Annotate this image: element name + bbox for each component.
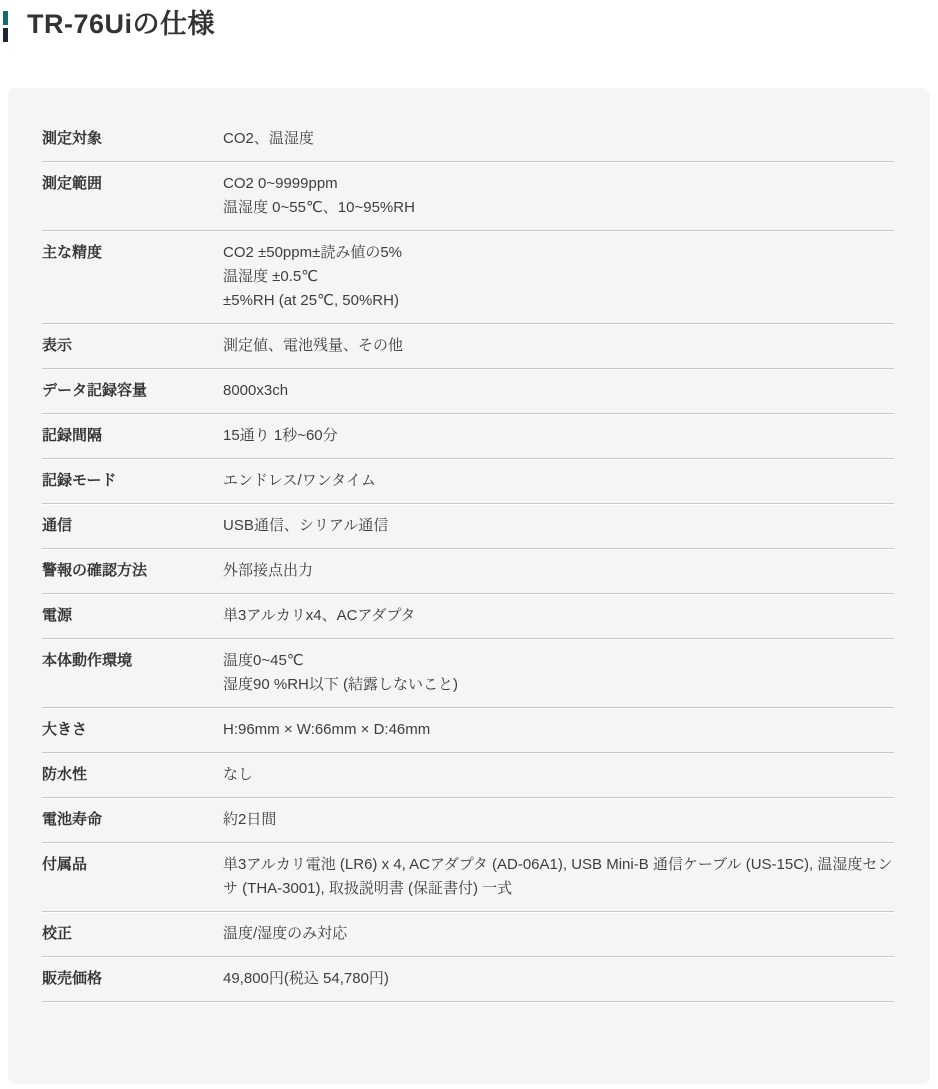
spec-value-line: 単3アルカリ電池 (LR6) x 4, ACアダプタ (AD-06A1), US… [223,853,894,901]
spec-value-line: 外部接点出力 [223,559,894,583]
spec-row: 電源単3アルカリx4、ACアダプタ [42,594,894,639]
spec-value-line: 温度0~45℃ [223,649,894,673]
spec-value-line: なし [223,763,894,787]
spec-value-line: 湿度90 %RH以下 (結露しないこと) [223,673,894,697]
spec-row: 表示測定値、電池残量、その他 [42,324,894,369]
spec-row-label: 販売価格 [42,967,223,991]
spec-row-label: 記録モード [42,469,223,493]
spec-value-line: CO2 0~9999ppm [223,172,894,196]
spec-row: 主な精度CO2 ±50ppm±読み値の5%温湿度 ±0.5℃±5%RH (at … [42,231,894,324]
spec-row: 警報の確認方法外部接点出力 [42,549,894,594]
spec-value-line: USB通信、シリアル通信 [223,514,894,538]
spec-row-label: 通信 [42,514,223,538]
spec-row: 付属品単3アルカリ電池 (LR6) x 4, ACアダプタ (AD-06A1),… [42,843,894,912]
spec-row-label: 主な精度 [42,241,223,265]
spec-row-value: 温度0~45℃湿度90 %RH以下 (結露しないこと) [223,649,894,697]
spec-row-value: 8000x3ch [223,379,894,403]
spec-row: 記録モードエンドレス/ワンタイム [42,459,894,504]
spec-row-value: 温度/湿度のみ対応 [223,922,894,946]
page-header: TR-76Uiの仕様 [3,7,938,44]
spec-row-label: 電池寿命 [42,808,223,832]
spec-value-line: エンドレス/ワンタイム [223,469,894,493]
spec-row-value: CO2、温湿度 [223,127,894,151]
spec-row: 測定対象CO2、温湿度 [42,117,894,162]
spec-row-value: CO2 ±50ppm±読み値の5%温湿度 ±0.5℃±5%RH (at 25℃,… [223,241,894,313]
spec-value-line: CO2、温湿度 [223,127,894,151]
spec-row-label: 本体動作環境 [42,649,223,673]
spec-value-line: 温湿度 ±0.5℃ [223,265,894,289]
spec-value-line: 測定値、電池残量、その他 [223,334,894,358]
spec-value-line: CO2 ±50ppm±読み値の5% [223,241,894,265]
spec-row-value: USB通信、シリアル通信 [223,514,894,538]
spec-row-value: 外部接点出力 [223,559,894,583]
spec-row-label: 警報の確認方法 [42,559,223,583]
spec-row-value: エンドレス/ワンタイム [223,469,894,493]
spec-row-label: 電源 [42,604,223,628]
page: TR-76Uiの仕様 測定対象CO2、温湿度測定範囲CO2 0~9999ppm温… [0,0,938,1089]
title-accent-bar [3,11,8,42]
spec-row-value: 単3アルカリ電池 (LR6) x 4, ACアダプタ (AD-06A1), US… [223,853,894,901]
spec-row-label: 付属品 [42,853,223,877]
spec-value-line: H:96mm × W:66mm × D:46mm [223,718,894,742]
spec-row-value: 約2日間 [223,808,894,832]
spec-row-value: 15通り 1秒~60分 [223,424,894,448]
spec-value-line: 49,800円(税込 54,780円) [223,967,894,991]
spec-row: 測定範囲CO2 0~9999ppm温湿度 0~55℃、10~95%RH [42,162,894,231]
spec-row-label: 測定範囲 [42,172,223,196]
title-accent-top-segment [3,11,8,25]
spec-row-value: なし [223,763,894,787]
spec-row-value: 49,800円(税込 54,780円) [223,967,894,991]
spec-row-label: 表示 [42,334,223,358]
spec-value-line: 15通り 1秒~60分 [223,424,894,448]
spec-table: 測定対象CO2、温湿度測定範囲CO2 0~9999ppm温湿度 0~55℃、10… [42,117,894,1002]
spec-row-value: H:96mm × W:66mm × D:46mm [223,718,894,742]
spec-row: 大きさH:96mm × W:66mm × D:46mm [42,708,894,753]
spec-row-value: 単3アルカリx4、ACアダプタ [223,604,894,628]
spec-row-label: 大きさ [42,718,223,742]
spec-value-line: 約2日間 [223,808,894,832]
spec-value-line: 単3アルカリx4、ACアダプタ [223,604,894,628]
spec-row-label: 校正 [42,922,223,946]
spec-value-line: 8000x3ch [223,379,894,403]
spec-row: 校正温度/湿度のみ対応 [42,912,894,957]
spec-row: 販売価格49,800円(税込 54,780円) [42,957,894,1002]
spec-value-line: 温湿度 0~55℃、10~95%RH [223,196,894,220]
spec-row: 通信USB通信、シリアル通信 [42,504,894,549]
spec-row-label: 防水性 [42,763,223,787]
spec-row-label: 測定対象 [42,127,223,151]
spec-row: 記録間隔15通り 1秒~60分 [42,414,894,459]
spec-row-label: 記録間隔 [42,424,223,448]
spec-row: データ記録容量8000x3ch [42,369,894,414]
spec-row-value: 測定値、電池残量、その他 [223,334,894,358]
spec-row-label: データ記録容量 [42,379,223,403]
page-title: TR-76Uiの仕様 [27,7,215,41]
spec-value-line: ±5%RH (at 25℃, 50%RH) [223,289,894,313]
title-accent-bottom-segment [3,28,8,42]
spec-row: 本体動作環境温度0~45℃湿度90 %RH以下 (結露しないこと) [42,639,894,708]
spec-value-line: 温度/湿度のみ対応 [223,922,894,946]
spec-row: 電池寿命約2日間 [42,798,894,843]
spec-row-value: CO2 0~9999ppm温湿度 0~55℃、10~95%RH [223,172,894,220]
spec-card: 測定対象CO2、温湿度測定範囲CO2 0~9999ppm温湿度 0~55℃、10… [8,88,930,1084]
spec-row: 防水性なし [42,753,894,798]
